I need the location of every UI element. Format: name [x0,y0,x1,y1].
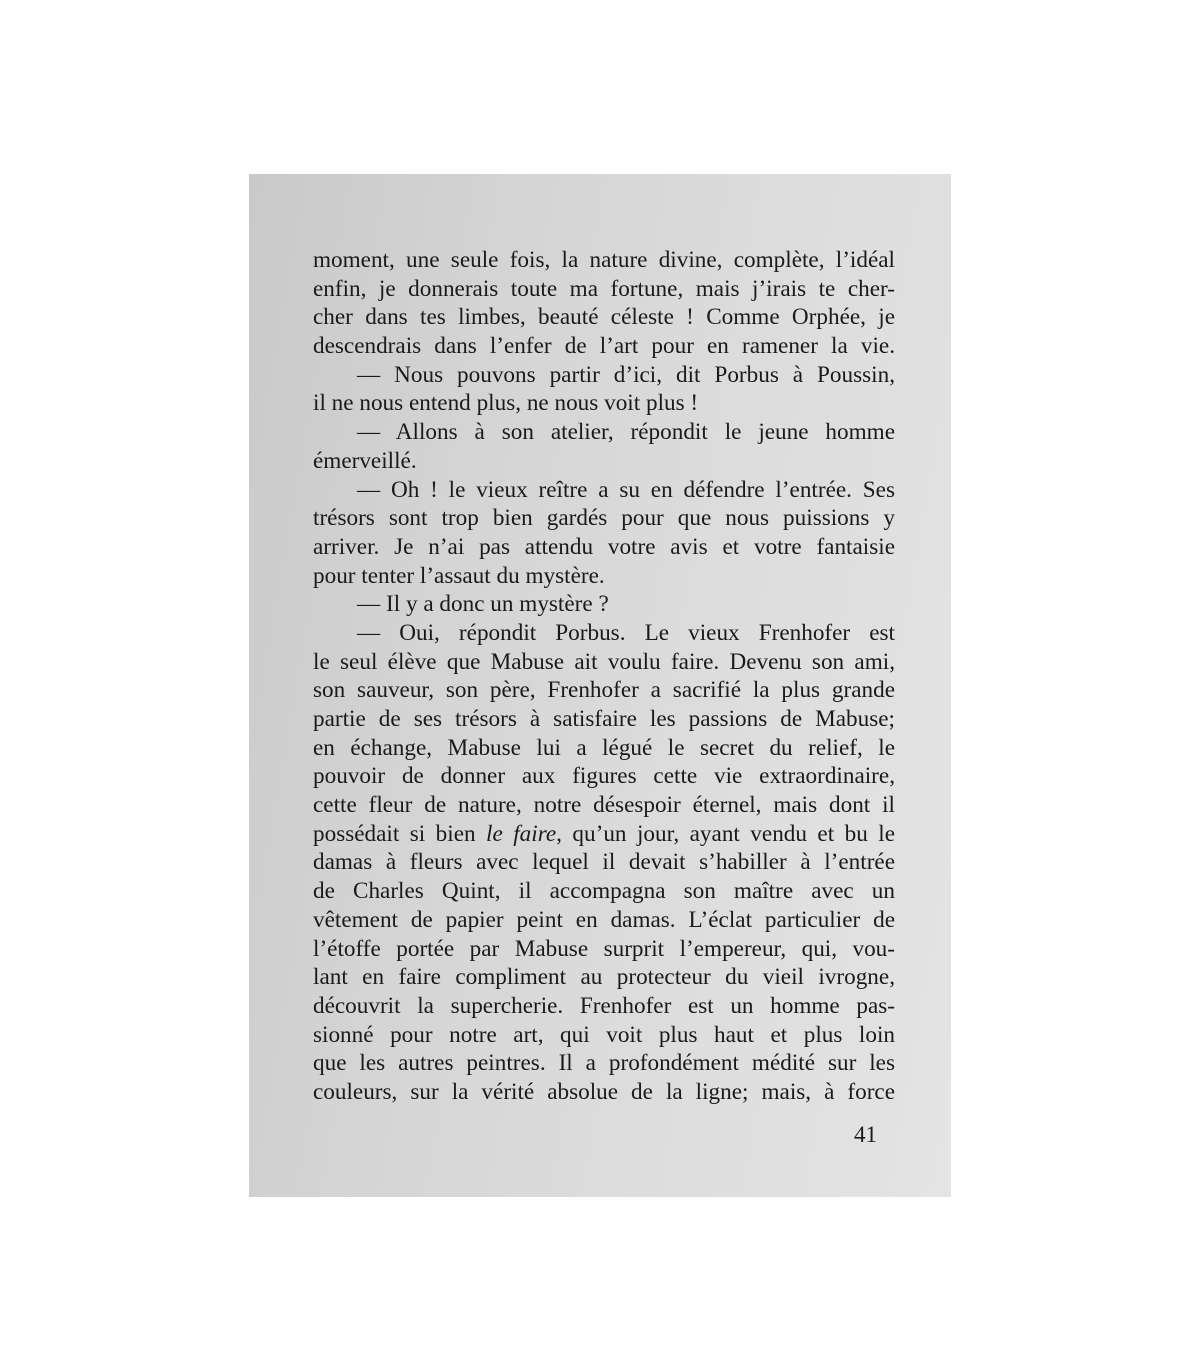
text-line: descendrais dans l’enfer de l’art pour e… [313,332,895,361]
text-line: trésors sont trop bien gardés pour que n… [313,504,895,533]
text-line: partie de ses trésors à satisfaire les p… [313,705,895,734]
text-line: émerveillé. [313,447,895,476]
body-text: moment, une seule fois, la nature divine… [313,246,895,1107]
text-line: — Oh ! le vieux reître a su en défendre … [313,476,895,505]
text-line: damas à fleurs avec lequel il devait s’h… [313,848,895,877]
text-line: il ne nous entend plus, ne nous voit plu… [313,389,895,418]
text-line: vêtement de papier peint en damas. L’écl… [313,906,895,935]
italic-term: le faire [486,821,556,847]
page-number: 41 [854,1122,877,1148]
text-line: moment, une seule fois, la nature divine… [313,246,895,275]
text-line: découvrit la supercherie. Frenhofer est … [313,992,895,1021]
text-line: possédait si bien le faire, qu’un jour, … [313,820,895,849]
text-line: — Nous pouvons partir d’ici, dit Porbus … [313,361,895,390]
text-line: lant en faire compliment au protecteur d… [313,963,895,992]
text-line: pour tenter l’assaut du mystère. [313,562,895,591]
text-line: le seul élève que Mabuse ait voulu faire… [313,648,895,677]
text-line: cette fleur de nature, notre désespoir é… [313,791,895,820]
text-segment: , qu’un jour, ayant vendu et bu le [556,821,895,847]
text-line: — Il y a donc un mystère ? [313,590,895,619]
text-line: l’étoffe portée par Mabuse surprit l’emp… [313,935,895,964]
text-line: en échange, Mabuse lui a légué le secret… [313,734,895,763]
text-line: son sauveur, son père, Frenhofer a sacri… [313,676,895,705]
text-line: de Charles Quint, il accompagna son maît… [313,877,895,906]
text-line: — Oui, répondit Porbus. Le vieux Frenhof… [313,619,895,648]
text-line: enfin, je donnerais toute ma fortune, ma… [313,275,895,304]
text-line: arriver. Je n’ai pas attendu votre avis … [313,533,895,562]
text-line: que les autres peintres. Il a profondéme… [313,1049,895,1078]
text-line: couleurs, sur la vérité absolue de la li… [313,1078,895,1107]
text-segment: possédait si bien [313,821,486,847]
text-line: pouvoir de donner aux figures cette vie … [313,762,895,791]
text-line: sionné pour notre art, qui voit plus hau… [313,1021,895,1050]
text-line: cher dans tes limbes, beauté céleste ! C… [313,303,895,332]
text-line: — Allons à son atelier, répondit le jeun… [313,418,895,447]
book-page: moment, une seule fois, la nature divine… [249,174,951,1197]
